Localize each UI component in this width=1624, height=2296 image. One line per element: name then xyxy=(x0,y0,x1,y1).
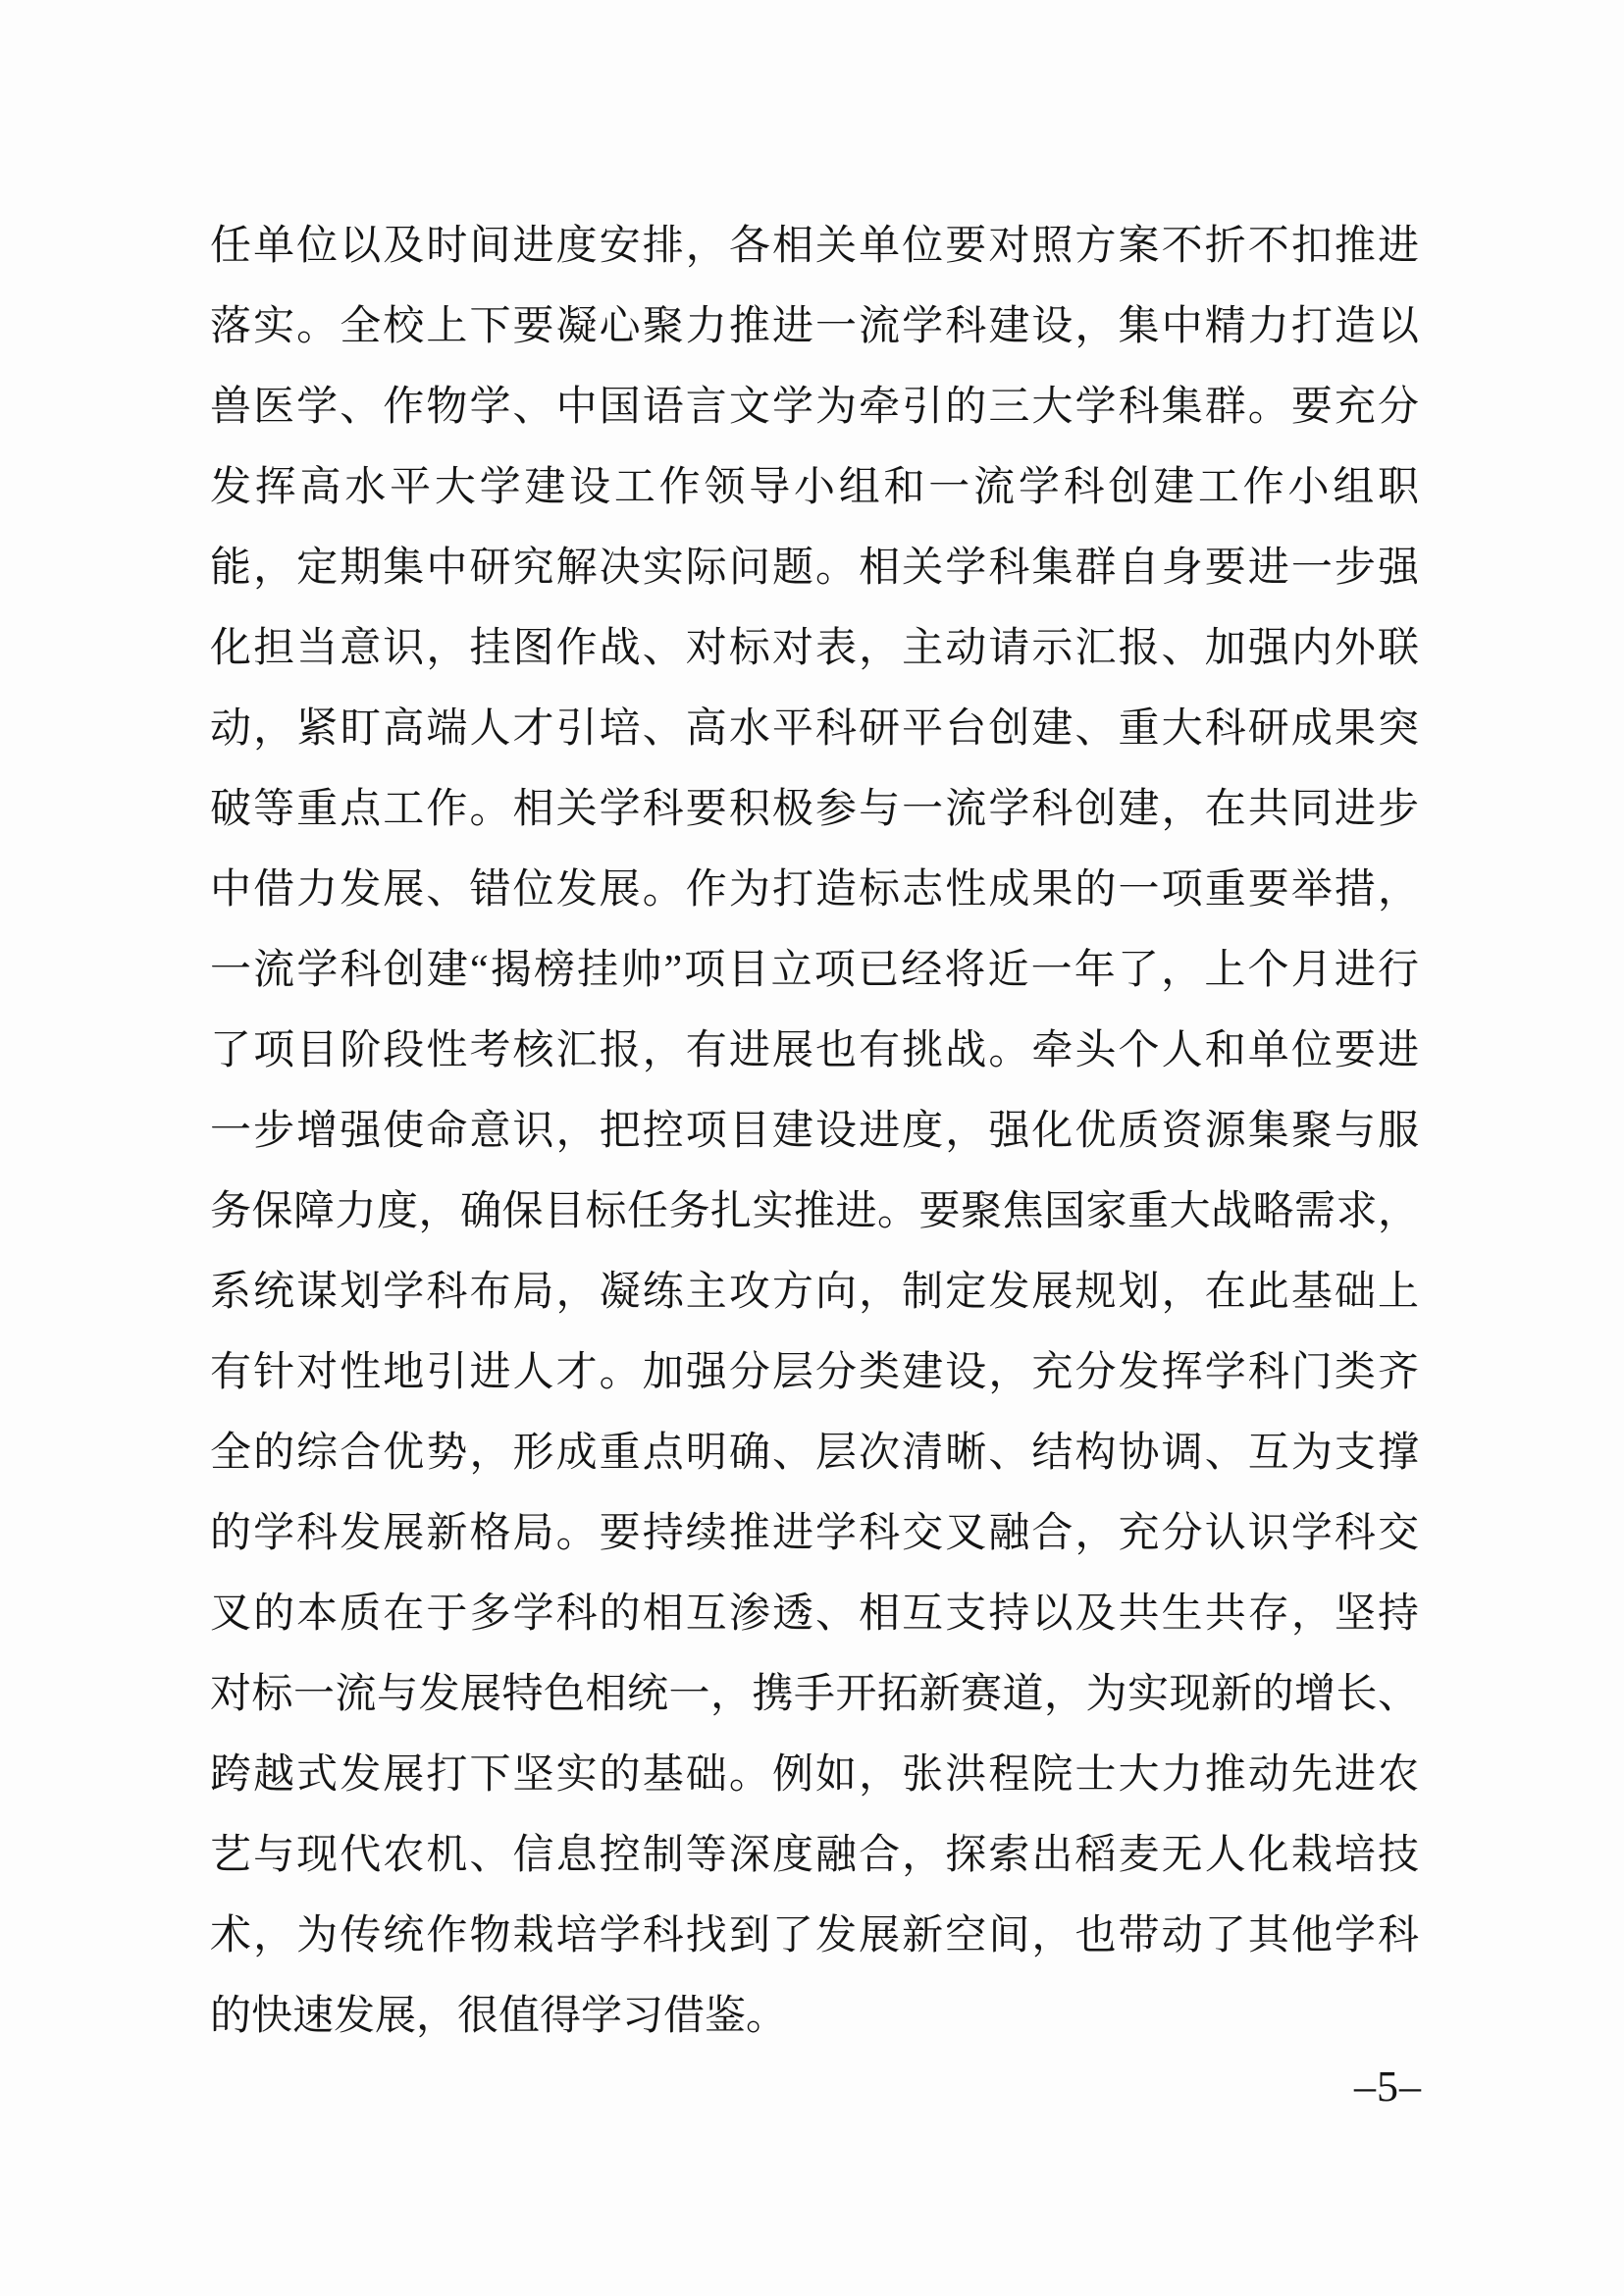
text-line: 跨越式发展打下坚实的基础。例如，张洪程院士大力推动先进农 xyxy=(210,1735,1419,1815)
text-line: 发挥高水平大学建设工作领导小组和一流学科创建工作小组职 xyxy=(210,447,1419,528)
document-page: 任单位以及时间进度安排，各相关单位要对照方案不折不扣推进落实。全校上下要凝心聚力… xyxy=(0,0,1624,2296)
text-line: 一步增强使命意识，把控项目建设进度，强化优质资源集聚与服 xyxy=(210,1091,1419,1172)
text-line: 全的综合优势，形成重点明确、层次清晰、结构协调、互为支撑 xyxy=(210,1413,1419,1493)
text-line: 术，为传统作物栽培学科找到了发展新空间，也带动了其他学科 xyxy=(210,1896,1419,1976)
text-line: 一流学科创建“揭榜挂帅”项目立项已经将近一年了，上个月进行 xyxy=(210,930,1419,1011)
text-line: 艺与现代农机、信息控制等深度融合，探索出稻麦无人化栽培技 xyxy=(210,1815,1419,1896)
text-line: 破等重点工作。相关学科要积极参与一流学科创建，在共同进步 xyxy=(210,769,1419,850)
text-line: 务保障力度，确保目标任务扎实推进。要聚焦国家重大战略需求， xyxy=(210,1172,1419,1252)
text-line: 任单位以及时间进度安排，各相关单位要对照方案不折不扣推进 xyxy=(210,206,1419,287)
text-line: 的快速发展，很值得学习借鉴。 xyxy=(210,1976,1419,2057)
text-line: 能，定期集中研究解决实际问题。相关学科集群自身要进一步强 xyxy=(210,528,1419,608)
text-line: 兽医学、作物学、中国语言文学为牵引的三大学科集群。要充分 xyxy=(210,367,1419,447)
text-line: 了项目阶段性考核汇报，有进展也有挑战。牵头个人和单位要进 xyxy=(210,1011,1419,1091)
text-line: 有针对性地引进人才。加强分层分类建设，充分发挥学科门类齐 xyxy=(210,1332,1419,1413)
text-line: 化担当意识，挂图作战、对标对表，主动请示汇报、加强内外联 xyxy=(210,608,1419,689)
text-line: 对标一流与发展特色相统一，携手开拓新赛道，为实现新的增长、 xyxy=(210,1654,1419,1735)
page-number: –5– xyxy=(1354,2062,1422,2112)
text-line: 落实。全校上下要凝心聚力推进一流学科建设，集中精力打造以 xyxy=(210,287,1419,367)
text-line: 的学科发展新格局。要持续推进学科交叉融合，充分认识学科交 xyxy=(210,1493,1419,1574)
text-line: 系统谋划学科布局，凝练主攻方向，制定发展规划，在此基础上 xyxy=(210,1252,1419,1332)
text-line: 动，紧盯高端人才引培、高水平科研平台创建、重大科研成果突 xyxy=(210,689,1419,769)
body-text: 任单位以及时间进度安排，各相关单位要对照方案不折不扣推进落实。全校上下要凝心聚力… xyxy=(210,206,1419,2057)
text-line: 中借力发展、错位发展。作为打造标志性成果的一项重要举措， xyxy=(210,850,1419,930)
text-line: 叉的本质在于多学科的相互渗透、相互支持以及共生共存，坚持 xyxy=(210,1574,1419,1654)
